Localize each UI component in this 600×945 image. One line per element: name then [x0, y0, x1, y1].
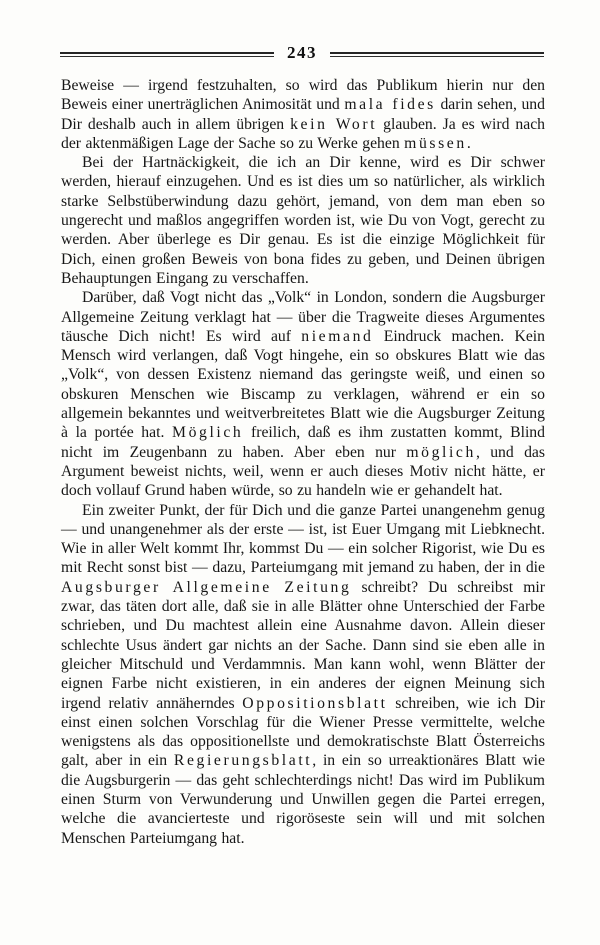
- text-run: schreibt? Du schreibst mir zwar, das tät…: [61, 579, 545, 712]
- header-rule-left: [60, 52, 274, 57]
- paragraph: Ein zweiter Punkt, der für Dich und die …: [61, 501, 545, 848]
- letterspaced-text: Möglich: [172, 424, 243, 441]
- book-page: 243 Beweise — irgend festzuhalten, so wi…: [0, 0, 600, 945]
- text-run: .: [467, 135, 471, 152]
- text-run: Ein zweiter Punkt, der für Dich und die …: [61, 502, 545, 577]
- header-rule-right: [330, 52, 544, 57]
- page-header: 243: [60, 44, 544, 64]
- body-text-block: Beweise — irgend festzuhalten, so wird d…: [61, 76, 545, 848]
- paragraph: Darüber, daß Vogt nicht das „Volk“ in Lo…: [61, 288, 545, 500]
- letterspaced-text: Oppositionsblatt: [242, 695, 387, 712]
- letterspaced-text: möglich: [406, 444, 476, 461]
- letterspaced-text: kein Wort: [290, 116, 377, 133]
- letterspaced-text: müssen: [404, 135, 467, 152]
- page-number: 243: [285, 44, 319, 64]
- text-run: Bei der Hartnäckigkeit, die ich an Dir k…: [61, 154, 545, 287]
- paragraph: Bei der Hartnäckigkeit, die ich an Dir k…: [61, 153, 545, 288]
- paragraph: Beweise — irgend festzuhalten, so wird d…: [61, 76, 545, 153]
- letterspaced-text: mala fides: [344, 96, 436, 113]
- letterspaced-text: Regierungsblatt: [174, 752, 312, 769]
- letterspaced-text: niemand: [301, 328, 373, 345]
- letterspaced-text: Augsburger Allgemeine Zeitung: [61, 579, 351, 596]
